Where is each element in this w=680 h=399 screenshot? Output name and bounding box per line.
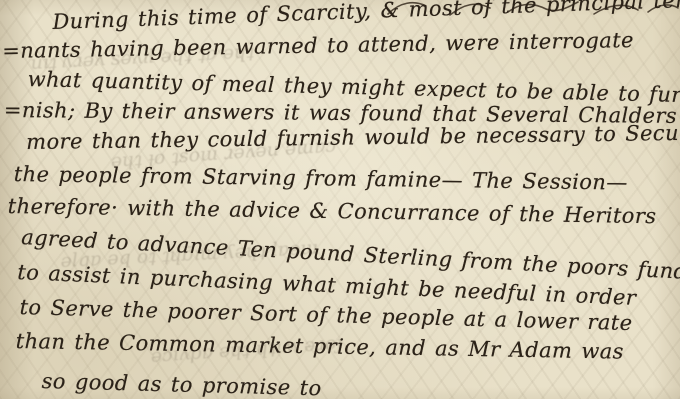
manuscript-page: uıʇ ʎɹǝʌ sǝʌıl ǝɥʇ ʇɐ ǝɥʇ ǝɥʇ ɟo ʇsoɯ ɹǝ… xyxy=(0,0,680,399)
manuscript-line-6: the people from Starving from famine— Th… xyxy=(14,161,628,196)
manuscript-line-12: so good as to promise to xyxy=(41,368,322,399)
manuscript-line-11: than the Common market price, and as Mr … xyxy=(16,328,625,365)
manuscript-line-7: therefore· with the advice & Concurrance… xyxy=(8,193,657,229)
manuscript-line-5: more than they could furnish would be ne… xyxy=(26,120,680,155)
